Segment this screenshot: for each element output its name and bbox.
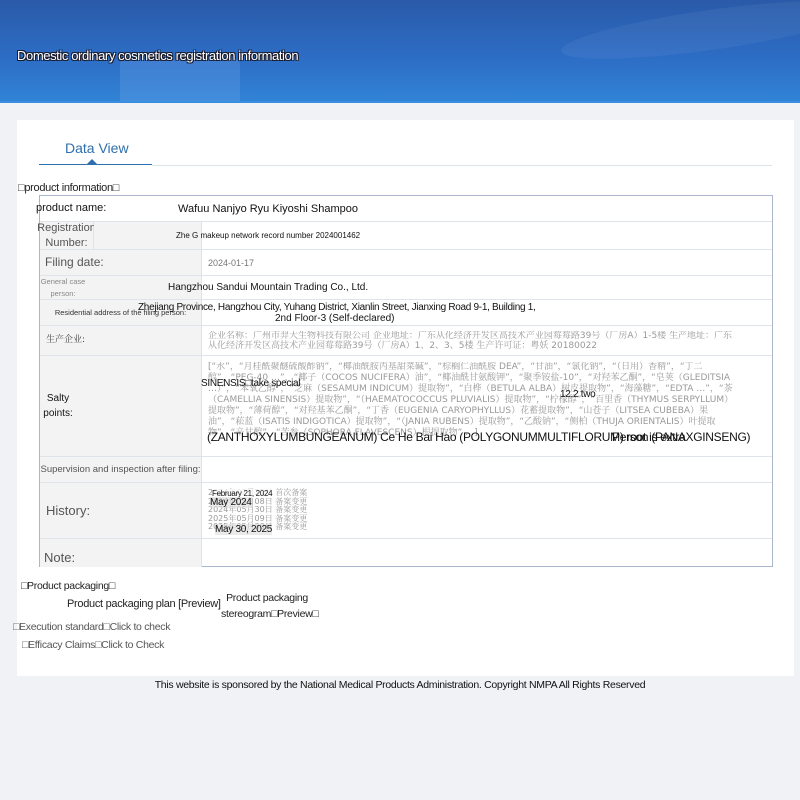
label-text: Salty points:: [43, 391, 73, 421]
banner-decoration: [120, 60, 240, 103]
value-text: Wafuu Nanjyo Ryu Kiyoshi Shampoo: [178, 203, 358, 215]
translation-overlay: SINENSIS□take special: [201, 378, 300, 389]
caret-up-icon: [87, 159, 97, 164]
translation-overlay: May 30, 2025: [215, 524, 272, 535]
row-ingredients: Salty points: [“水”，“月桂酰聚醚硫酸酢钠”，“椰油酰胺丙基甜菜…: [40, 356, 772, 457]
value-text: Hangzhou Sandui Mountain Trading Co., Lt…: [168, 282, 368, 293]
efficacy-claims-link[interactable]: □Efficacy Claims□Click to Check: [22, 639, 164, 651]
label-ingredients: Salty points:: [40, 356, 202, 456]
execution-standard-link[interactable]: □Execution standard□Click to check: [13, 621, 170, 633]
translation-overlay: Person (PANAXGINSENG): [612, 430, 750, 444]
value-filing-person: Hangzhou Sandui Mountain Trading Co., Lt…: [202, 276, 772, 299]
value-filing-date: 2024-01-17: [202, 250, 772, 275]
footer-copyright: This website is sponsored by the Nationa…: [0, 679, 800, 691]
product-info-section-title: □product information□: [18, 182, 119, 194]
value-note: [202, 539, 772, 567]
row-filing-person: General case person: Hangzhou Sandui Mou…: [40, 276, 772, 300]
tab-data-view[interactable]: Data View: [65, 140, 129, 156]
address-line-2: 2nd Floor-3 (Self-declared): [275, 313, 395, 324]
packaging-plan-preview-link[interactable]: Product packaging plan [Preview]: [67, 598, 221, 610]
label-manufacturer: 生产企业:: [40, 326, 202, 355]
row-manufacturer: 生产企业: 企业名称：广州市羿大生物科技有限公司 企业地址：广东从化经济开发区高…: [40, 326, 772, 356]
value-text: Zhe G makeup network record number 20240…: [176, 231, 360, 240]
label-text: product name:: [36, 201, 106, 216]
label-note: Note:: [40, 539, 202, 567]
label-supervision: Supervision and inspection after filing:: [40, 457, 202, 482]
stereogram-line-1: Product packaging: [221, 590, 313, 606]
label-filing-date: Filing date:: [40, 250, 202, 275]
row-supervision: Supervision and inspection after filing:: [40, 457, 772, 483]
row-filing-address: Residential address of the filing person…: [40, 300, 772, 326]
address-line-1: Zhejiang Province, Hangzhou City, Yuhang…: [138, 302, 535, 313]
translation-overlay: 12.2 two: [560, 389, 595, 400]
value-manufacturer: 企业名称：广州市羿大生物科技有限公司 企业地址：广东从化经济开发区高技术产业园莓…: [202, 326, 772, 355]
row-product-name: product name: Wafuu Nanjyo Ryu Kiyoshi S…: [40, 196, 772, 222]
banner-decoration: [559, 0, 800, 71]
value-history: 2024年02月21日 首次备案 2024年05月08日 备案变更 2024年0…: [202, 483, 772, 538]
value-filing-address: Zhejiang Province, Hangzhou City, Yuhang…: [202, 300, 772, 325]
value-registration-number: Zhe G makeup network record number 20240…: [202, 222, 772, 249]
packaging-stereogram-preview-link[interactable]: Product packaging stereogram□Preview□: [221, 590, 313, 622]
label-text: General case person:: [38, 276, 88, 300]
label-registration-number: Registration Number:: [40, 222, 94, 249]
tab-active-indicator: [39, 164, 152, 165]
translation-overlay: May 2024: [210, 497, 252, 508]
divider: [152, 165, 772, 166]
label-history: History:: [40, 483, 202, 538]
row-registration-number: Registration Number: Zhe G makeup networ…: [40, 222, 772, 250]
header-banner: Domestic ordinary cosmetics registration…: [0, 0, 800, 103]
row-filing-date: Filing date: 2024-01-17: [40, 250, 772, 276]
row-history: History: 2024年02月21日 首次备案 2024年05月08日 备案…: [40, 483, 772, 539]
manufacturer-text: 企业名称：广州市羿大生物科技有限公司 企业地址：广东从化经济开发区高技术产业园莓…: [208, 331, 738, 351]
value-supervision: [202, 457, 772, 482]
stereogram-line-2: stereogram□Preview□: [221, 606, 313, 622]
value-product-name: Wafuu Nanjyo Ryu Kiyoshi Shampoo: [202, 196, 772, 221]
product-info-table: product name: Wafuu Nanjyo Ryu Kiyoshi S…: [39, 195, 773, 567]
row-note: Note:: [40, 539, 772, 567]
page-title: Domestic ordinary cosmetics registration…: [17, 48, 298, 63]
packaging-section-title: □Product packaging□: [21, 580, 115, 592]
